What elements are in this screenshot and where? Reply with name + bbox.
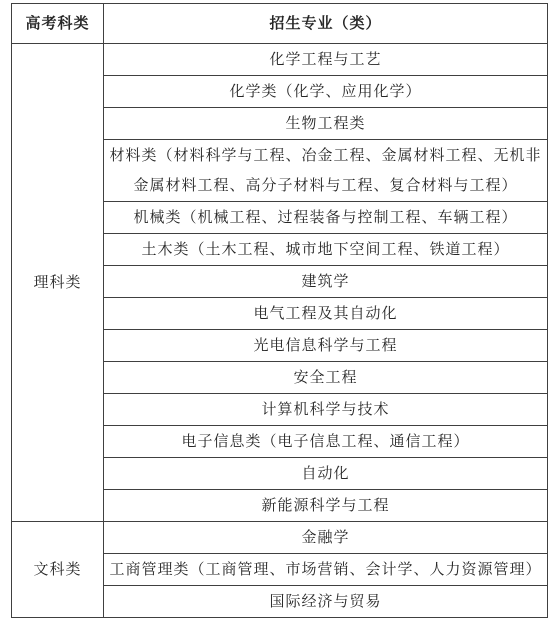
major-cell: 土木类（土木工程、城市地下空间工程、铁道工程）	[104, 234, 548, 266]
major-cell: 光电信息科学与工程	[104, 330, 548, 362]
major-cell: 建筑学	[104, 266, 548, 298]
major-cell: 工商管理类（工商管理、市场营销、会计学、人力资源管理）	[104, 554, 548, 586]
major-cell: 电子信息类（电子信息工程、通信工程）	[104, 426, 548, 458]
major-cell: 生物工程类	[104, 108, 548, 140]
major-cell: 机械类（机械工程、过程装备与控制工程、车辆工程）	[104, 202, 548, 234]
admissions-table: 高考科类 招生专业（类） 理科类 化学工程与工艺 化学类（化学、应用化学） 生物…	[11, 3, 548, 618]
category-cell-arts: 文科类	[12, 522, 104, 618]
major-cell: 化学工程与工艺	[104, 44, 548, 76]
major-cell: 电气工程及其自动化	[104, 298, 548, 330]
major-cell: 安全工程	[104, 362, 548, 394]
major-cell: 新能源科学与工程	[104, 490, 548, 522]
major-cell: 材料类（材料科学与工程、冶金工程、金属材料工程、无机非金属材料工程、高分子材料与…	[104, 140, 548, 202]
table-header-majors: 招生专业（类）	[104, 4, 548, 44]
major-cell: 自动化	[104, 458, 548, 490]
table-row: 文科类 金融学	[12, 522, 548, 554]
major-cell: 化学类（化学、应用化学）	[104, 76, 548, 108]
table-header-category: 高考科类	[12, 4, 104, 44]
category-cell-science: 理科类	[12, 44, 104, 522]
major-cell: 金融学	[104, 522, 548, 554]
major-cell: 计算机科学与技术	[104, 394, 548, 426]
document-page: 高考科类 招生专业（类） 理科类 化学工程与工艺 化学类（化学、应用化学） 生物…	[0, 0, 555, 623]
major-cell: 国际经济与贸易	[104, 586, 548, 618]
table-header-row: 高考科类 招生专业（类）	[12, 4, 548, 44]
table-row: 理科类 化学工程与工艺	[12, 44, 548, 76]
